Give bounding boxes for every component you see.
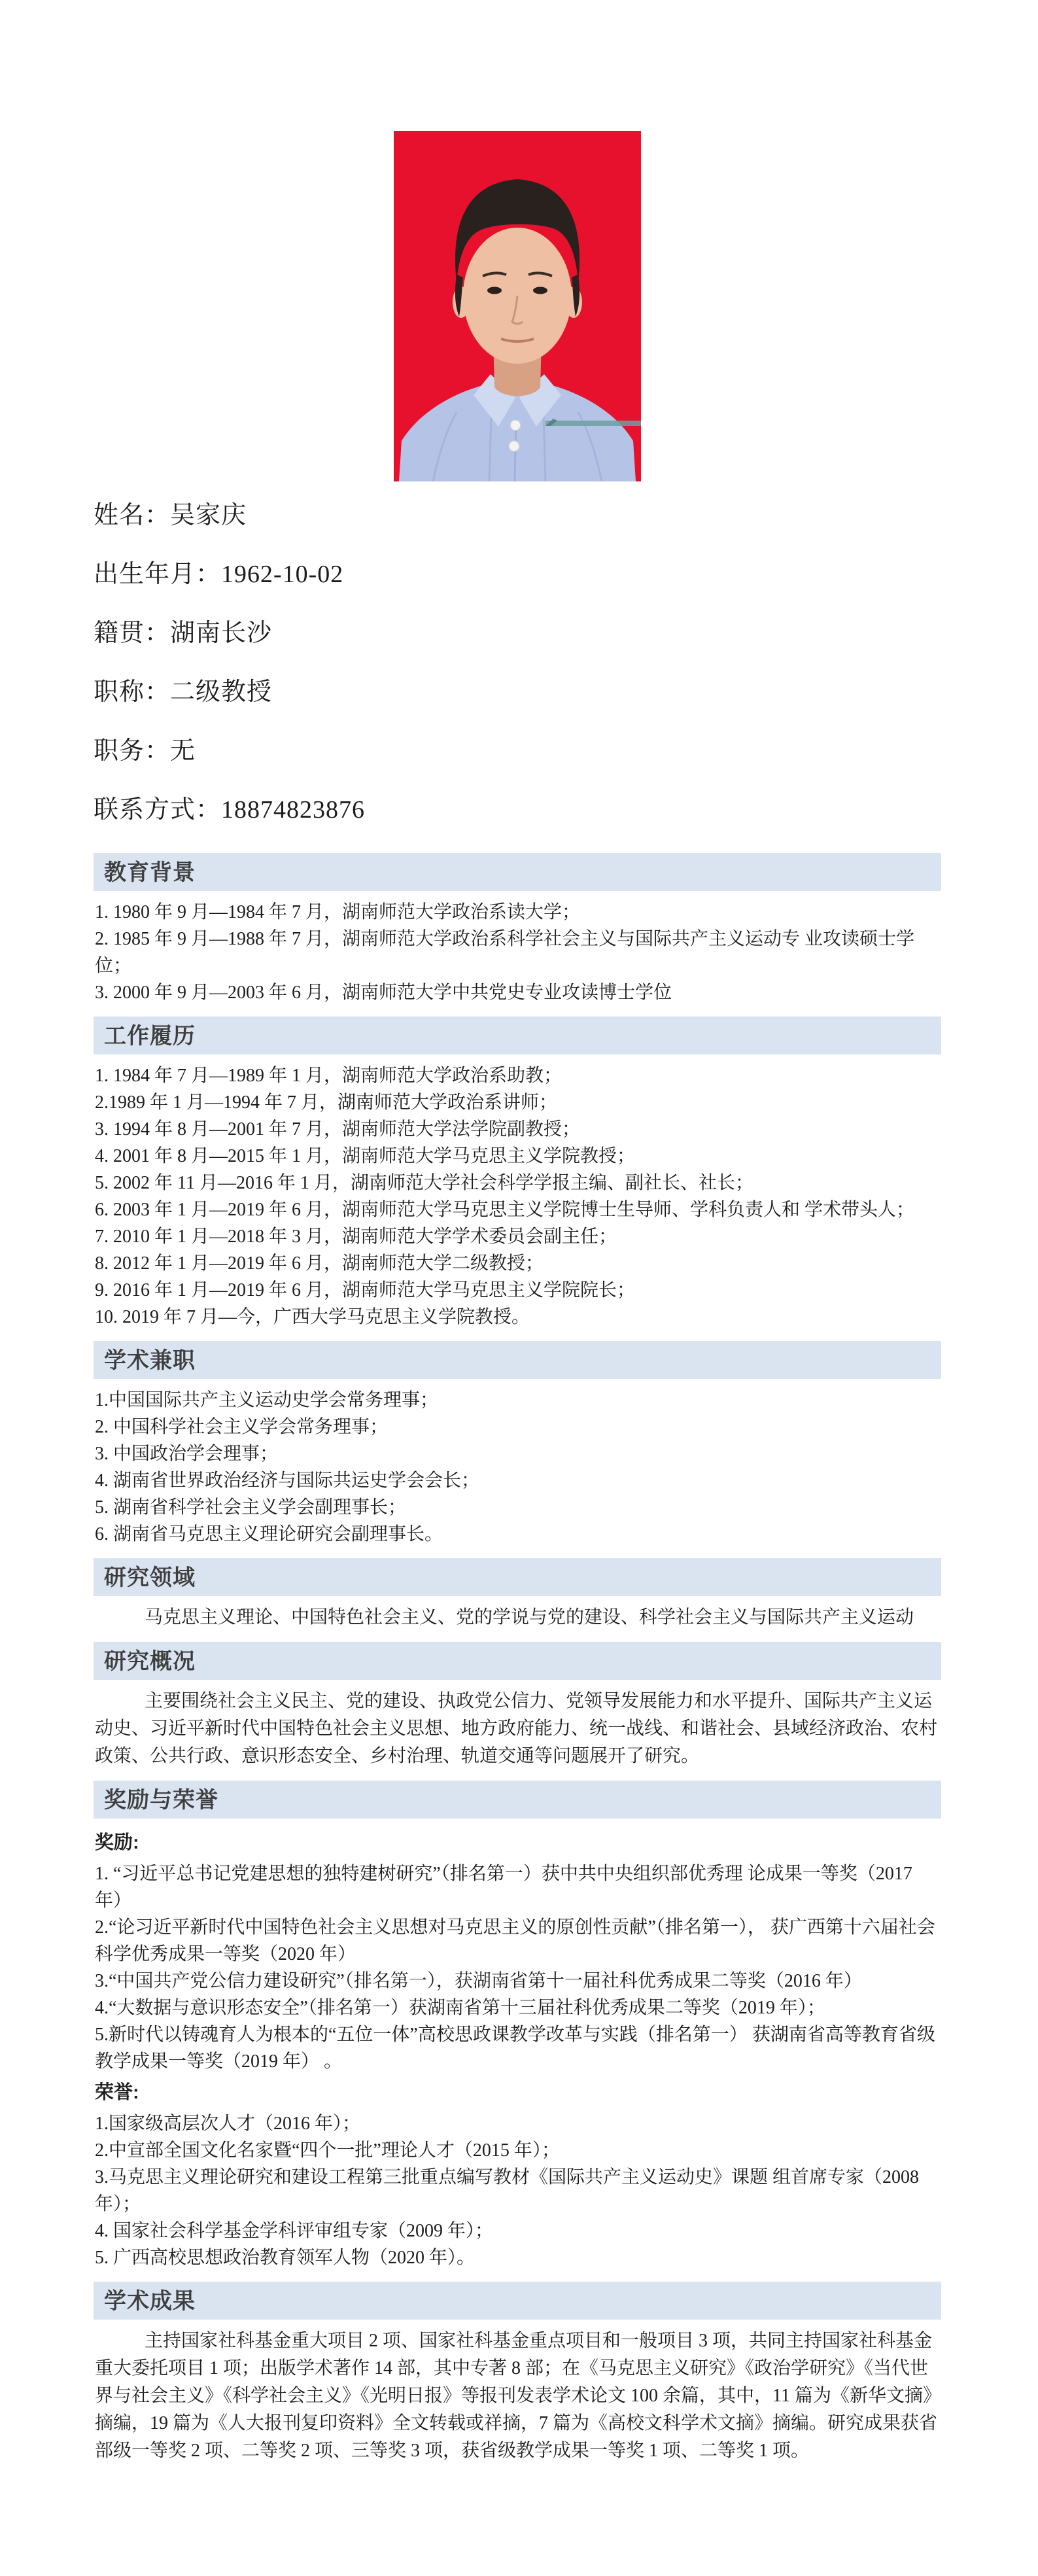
section-body-work-history: 1. 1984 年 7 月—1989 年 1 月，湖南师范大学政治系助教；2.1… [94, 1062, 941, 1331]
eye-right [533, 287, 547, 294]
list-item: 5. 广西高校思想政治教育领军人物（2020 年）。 [95, 2244, 940, 2271]
section-body-academic-achievements: 主持国家社科基金重大项目 2 项、国家社科基金重点项目和一般项目 3 项，共同主… [94, 2327, 941, 2465]
section-education: 教育背景1. 1980 年 9 月—1984 年 7 月，湖南师范大学政治系读大… [94, 853, 941, 1006]
sections: 教育背景1. 1980 年 9 月—1984 年 7 月，湖南师范大学政治系读大… [94, 853, 941, 2465]
section-academic-positions: 学术兼职1.中国国际共产主义运动史学会常务理事；2. 中国科学社会主义学会常务理… [94, 1341, 941, 1548]
section-academic-achievements: 学术成果主持国家社科基金重大项目 2 项、国家社科基金重点项目和一般项目 3 项… [94, 2282, 941, 2465]
section-title-research-overview: 研究概况 [94, 1642, 941, 1680]
eye-left [487, 287, 502, 294]
group-label: 荣誉: [95, 2076, 940, 2109]
list-item: 2.“论习近平新时代中国特色社会主义思想对马克思主义的原创性贡献”（排名第一），… [95, 1914, 940, 1968]
section-awards-honors: 奖励与荣誉奖励:1. “习近平总书记党建思想的独特建树研究”（排名第一）获中共中… [94, 1781, 941, 2271]
section-title-research-fields: 研究领域 [94, 1558, 941, 1596]
list-item: 3. 中国政治学会理事； [95, 1440, 940, 1467]
faculty-profile-page: 姓名：吴家庆出生年月：1962-10-02籍贯：湖南长沙职称：二级教授职务：无联… [0, 0, 1038, 2576]
section-title-work-history: 工作履历 [94, 1017, 941, 1054]
section-research-fields: 研究领域马克思主义理论、中国特色社会主义、党的学说与党的建设、科学社会主义与国际… [94, 1558, 941, 1631]
shirt-button-bottom [509, 441, 519, 451]
paragraph: 主持国家社科基金重大项目 2 项、国家社科基金重点项目和一般项目 3 项，共同主… [95, 2327, 940, 2465]
paragraph: 主要围绕社会主义民主、党的建设、执政党公信力、党领导发展能力和水平提升、国际共产… [95, 1688, 940, 1770]
id-photo-image [394, 131, 641, 481]
profile-photo [394, 131, 641, 481]
list-item: 2. 1985 年 9 月—1988 年 7 月，湖南师范大学政治系科学社会主义… [95, 926, 940, 979]
list-item: 2. 中国科学社会主义学会常务理事； [95, 1414, 940, 1440]
list-item: 4. 2001 年 8 月—2015 年 1 月，湖南师范大学马克思主义学院教授… [95, 1143, 940, 1170]
list-item: 8. 2012 年 1 月—2019 年 6 月，湖南师范大学二级教授； [95, 1250, 940, 1277]
section-title-academic-achievements: 学术成果 [94, 2282, 941, 2320]
list-item: 1. 1984 年 7 月—1989 年 1 月，湖南师范大学政治系助教； [95, 1062, 940, 1089]
section-body-research-overview: 主要围绕社会主义民主、党的建设、执政党公信力、党领导发展能力和水平提升、国际共产… [94, 1688, 941, 1770]
list-item: 7. 2010 年 1 月—2018 年 3 月，湖南师范大学学术委员会副主任； [95, 1223, 940, 1250]
profile-fields: 姓名：吴家庆出生年月：1962-10-02籍贯：湖南长沙职称：二级教授职务：无联… [94, 500, 941, 826]
list-item: 10. 2019 年 7 月—今，广西大学马克思主义学院教授。 [95, 1304, 940, 1331]
group-label: 奖励: [95, 1826, 940, 1859]
paragraph: 马克思主义理论、中国特色社会主义、党的学说与党的建设、科学社会主义与国际共产主义… [95, 1604, 940, 1631]
list-item: 6. 湖南省马克思主义理论研究会副理事长。 [95, 1521, 940, 1548]
list-item: 2.1989 年 1 月—1994 年 7 月，湖南师范大学政治系讲师； [95, 1089, 940, 1116]
list-item: 1.国家级高层次人才（2016 年）； [95, 2110, 940, 2137]
section-body-education: 1. 1980 年 9 月—1984 年 7 月，湖南师范大学政治系读大学；2.… [94, 899, 941, 1006]
list-item: 1.中国国际共产主义运动史学会常务理事； [95, 1387, 940, 1414]
profile-field-birth-date: 出生年月：1962-10-02 [94, 559, 941, 590]
list-item: 3.“中国共产党公信力建设研究”（排名第一），获湖南省第十一届社科优秀成果二等奖… [95, 1968, 940, 1994]
shirt-button-top [510, 420, 521, 430]
section-body-research-fields: 马克思主义理论、中国特色社会主义、党的学说与党的建设、科学社会主义与国际共产主义… [94, 1604, 941, 1631]
list-item: 9. 2016 年 1 月—2019 年 6 月，湖南师范大学马克思主义学院院长… [95, 1277, 940, 1304]
list-item: 5. 湖南省科学社会主义学会副理事长； [95, 1494, 940, 1521]
list-item: 4. 国家社会科学基金学科评审组专家（2009 年）； [95, 2218, 940, 2244]
section-body-awards-honors: 奖励:1. “习近平总书记党建思想的独特建树研究”（排名第一）获中共中央组织部优… [94, 1826, 941, 2271]
list-item: 4. 湖南省世界政治经济与国际共运史学会会长； [95, 1467, 940, 1494]
section-research-overview: 研究概况主要围绕社会主义民主、党的建设、执政党公信力、党领导发展能力和水平提升、… [94, 1642, 941, 1770]
profile-field-post: 职务：无 [94, 735, 941, 767]
profile-field-professional-title: 职称：二级教授 [94, 676, 941, 708]
section-body-academic-positions: 1.中国国际共产主义运动史学会常务理事；2. 中国科学社会主义学会常务理事；3.… [94, 1387, 941, 1548]
section-title-academic-positions: 学术兼职 [94, 1341, 941, 1379]
list-item: 1. “习近平总书记党建思想的独特建树研究”（排名第一）获中共中央组织部优秀理 … [95, 1860, 940, 1914]
list-item: 5. 2002 年 11 月—2016 年 1 月，湖南师范大学社会科学学报主编… [95, 1170, 940, 1196]
list-item: 3. 1994 年 8 月—2001 年 7 月，湖南师范大学法学院副教授； [95, 1116, 940, 1143]
profile-field-name: 姓名：吴家庆 [94, 500, 941, 531]
profile-field-contact: 联系方式：18874823876 [94, 794, 941, 826]
section-title-awards-honors: 奖励与荣誉 [94, 1781, 941, 1819]
section-title-education: 教育背景 [94, 853, 941, 891]
list-item: 3.马克思主义理论研究和建设工程第三批重点编写教材《国际共产主义运动史》课题 组… [95, 2164, 940, 2218]
list-item: 3. 2000 年 9 月—2003 年 6 月，湖南师范大学中共党史专业攻读博… [95, 979, 940, 1006]
section-work-history: 工作履历1. 1984 年 7 月—1989 年 1 月，湖南师范大学政治系助教… [94, 1017, 941, 1331]
profile-field-native-place: 籍贯：湖南长沙 [94, 618, 941, 649]
list-item: 1. 1980 年 9 月—1984 年 7 月，湖南师范大学政治系读大学； [95, 899, 940, 926]
photo-artifact-streak [545, 421, 641, 426]
list-item: 4.“大数据与意识形态安全”（排名第一）获湖南省第十三届社科优秀成果二等奖（20… [95, 1994, 940, 2021]
list-item: 2.中宣部全国文化名家暨“四个一批”理论人才（2015 年）； [95, 2137, 940, 2164]
list-item: 6. 2003 年 1 月—2019 年 6 月，湖南师范大学马克思主义学院博士… [95, 1196, 940, 1223]
list-item: 5.新时代以铸魂育人为根本的“五位一体”高校思政课教学改革与实践（排名第一） 获… [95, 2021, 940, 2075]
